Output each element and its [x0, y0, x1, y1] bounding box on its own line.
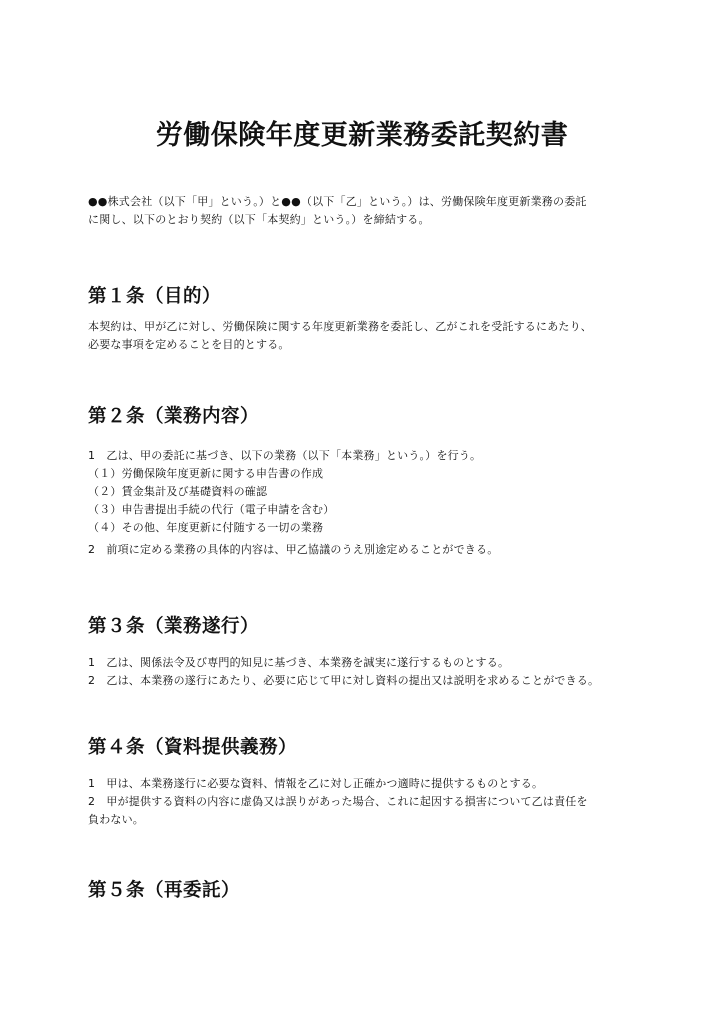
article-2-clause-2: 2 前項に定める業務の具体的内容は、甲乙協議のうえ別途定めることができる。 — [88, 541, 648, 559]
article-2-body: 1 乙は、甲の委託に基づき、以下の業務（以下「本業務」という。）を行う。 （１）… — [88, 447, 648, 537]
article-1-line: 本契約は、甲が乙に対し、労働保険に関する年度更新業務を委託し、乙がこれを受託する… — [88, 318, 648, 336]
article-4-heading: 第４条（資料提供義務） — [88, 735, 297, 761]
article-3-body: 1 乙は、関係法令及び専門的知見に基づき、本業務を誠実に遂行するものとする。 2… — [88, 654, 648, 690]
article-3-heading: 第３条（業務遂行） — [88, 614, 259, 640]
article-4-line: 2 甲が提供する資料の内容に虚偽又は誤りがあった場合、これに起因する損害について… — [88, 793, 648, 811]
article-1-heading: 第１条（目的） — [88, 284, 221, 310]
article-2-heading: 第２条（業務内容） — [88, 404, 259, 430]
article-3-line: 1 乙は、関係法令及び専門的知見に基づき、本業務を誠実に遂行するものとする。 — [88, 654, 648, 672]
article-2-item: （２）賃金集計及び基礎資料の確認 — [88, 483, 648, 501]
article-1-line: 必要な事項を定めることを目的とする。 — [88, 336, 648, 354]
article-4-line: 1 甲は、本業務遂行に必要な資料、情報を乙に対し正確かつ適時に提供するものとする… — [88, 775, 648, 793]
article-5-heading: 第５条（再委託） — [88, 878, 240, 904]
article-4-line: 負わない。 — [88, 811, 648, 829]
document-page: 労働保険年度更新業務委託契約書 ●●株式会社（以下「甲」という。）と●●（以下「… — [0, 0, 724, 1024]
document-title: 労働保険年度更新業務委託契約書 — [0, 116, 724, 156]
article-2-item: （３）申告書提出手続の代行（電子申請を含む） — [88, 501, 648, 519]
article-2-item: （１）労働保険年度更新に関する申告書の作成 — [88, 465, 648, 483]
article-1-body: 本契約は、甲が乙に対し、労働保険に関する年度更新業務を委託し、乙がこれを受託する… — [88, 318, 648, 354]
article-2-item: （４）その他、年度更新に付随する一切の業務 — [88, 519, 648, 537]
article-3-line: 2 乙は、本業務の遂行にあたり、必要に応じて甲に対し資料の提出又は説明を求めるこ… — [88, 672, 648, 690]
article-2-clause-1: 1 乙は、甲の委託に基づき、以下の業務（以下「本業務」という。）を行う。 — [88, 447, 648, 465]
article-2-clause-2-block: 2 前項に定める業務の具体的内容は、甲乙協議のうえ別途定めることができる。 — [88, 541, 648, 559]
preamble-line: ●●株式会社（以下「甲」という。）と●●（以下「乙」という。）は、労働保険年度更… — [88, 193, 648, 211]
article-4-body: 1 甲は、本業務遂行に必要な資料、情報を乙に対し正確かつ適時に提供するものとする… — [88, 775, 648, 829]
preamble-line: に関し、以下のとおり契約（以下「本契約」という。）を締結する。 — [88, 211, 648, 229]
preamble: ●●株式会社（以下「甲」という。）と●●（以下「乙」という。）は、労働保険年度更… — [88, 193, 648, 229]
